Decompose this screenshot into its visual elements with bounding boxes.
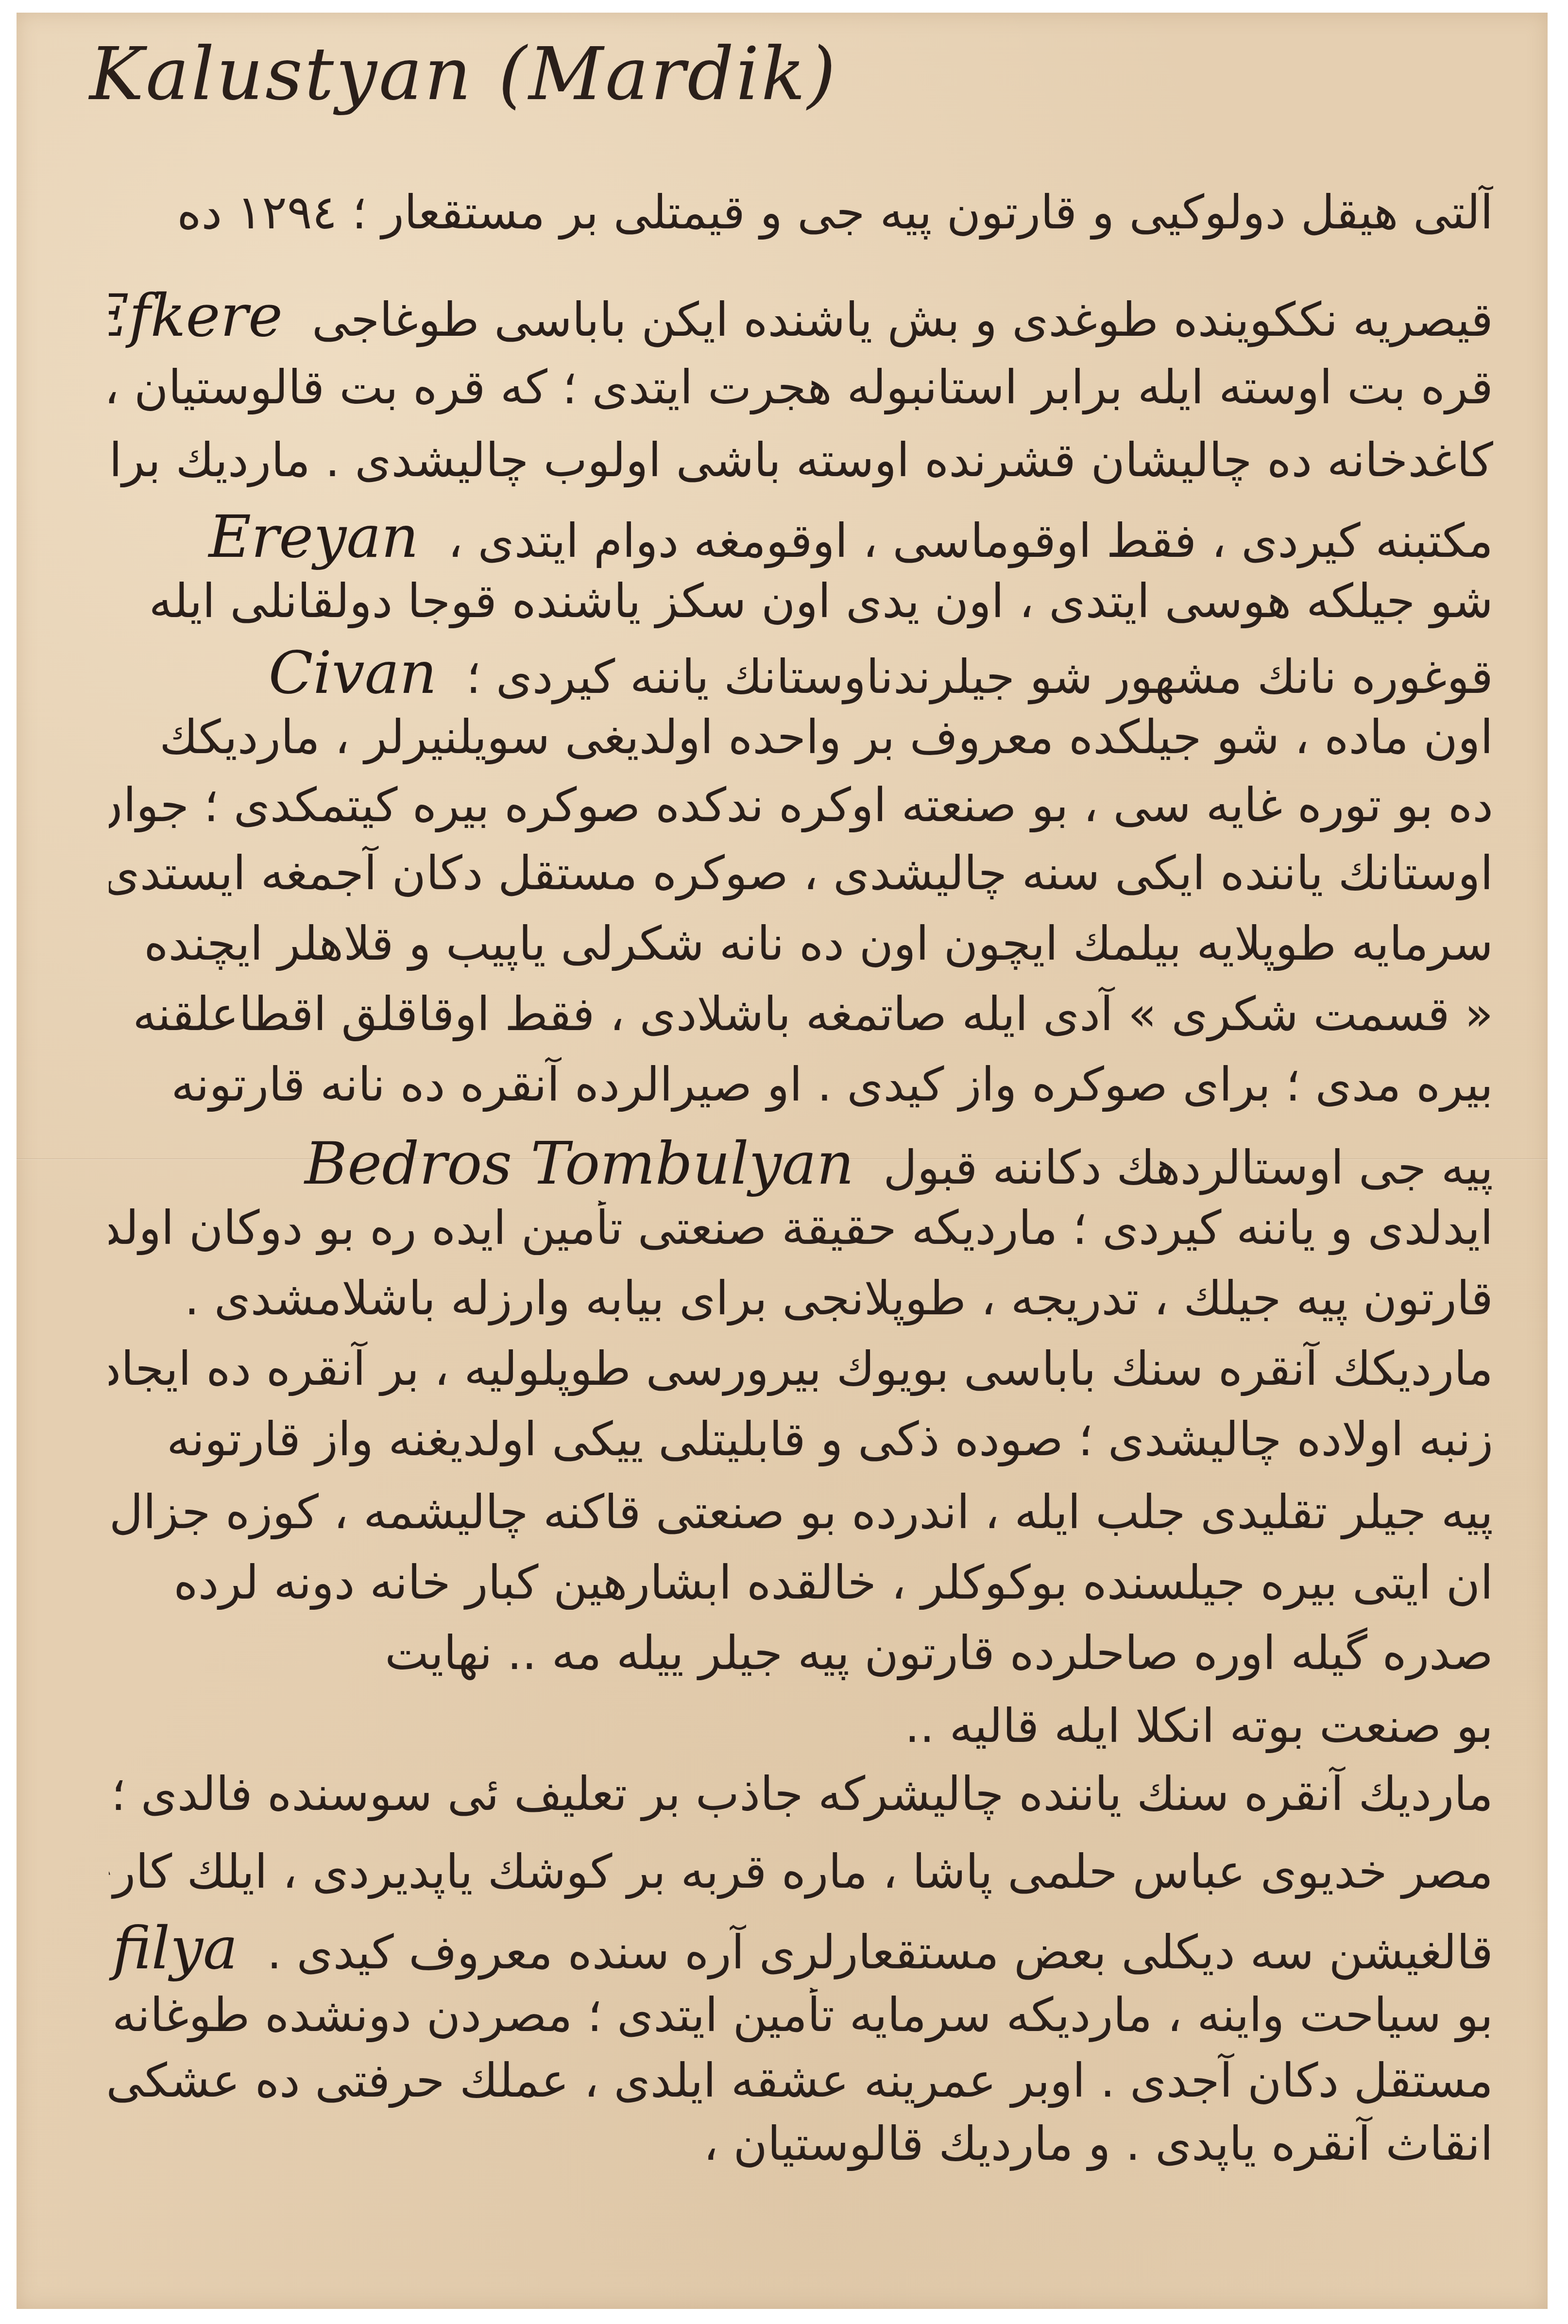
ottoman-text: زنبه اولاده چالیشدی ؛ صوده ذکی و قابلیتل…: [167, 1412, 1493, 1466]
manuscript-line: صدره گیله اوره صاحلرده قارتون پیه جیلر ی…: [109, 1626, 1493, 1680]
ottoman-text: اوستانك یاننده ایکی سنه چالیشدی ، صوکره …: [109, 846, 1493, 900]
ottoman-text: کاغدخانه ده چالیشان قشرنده اوسته باشی او…: [109, 433, 1493, 487]
manuscript-line: پیه جی اوستالردهك دکاننه قبولBedros Tomb…: [109, 1130, 1493, 1198]
manuscript-line: سرمایه طوپلایه بیلمك ایچون اون ده نانه ش…: [109, 916, 1493, 971]
page-heading: Kalustyan (Mardik): [89, 32, 837, 117]
manuscript-line: ان ایتی بیره جیلسنده بوکوکلر ، خالقده اب…: [109, 1555, 1493, 1610]
ottoman-text: ایدلدی و یاننه کیردی ؛ ماردیکه حقیقة صنع…: [109, 1201, 1493, 1255]
ottoman-text: بو سیاحت واینه ، ماردیکه سرمایه تأمین ای…: [109, 1988, 1493, 2042]
ottoman-text: ده بو توره غایه سی ، بو صنعته اوکره ندکد…: [109, 778, 1493, 832]
ottoman-text: کوینده طوغدی و بش یاشنده ایکن باباسی طوغ…: [312, 293, 1299, 347]
manuscript-line: مصر خدیوی عباس حلمی پاشا ، ماره قربه بر …: [109, 1844, 1493, 1899]
latin-name: Bedros Tombulyan: [305, 1130, 854, 1198]
manuscript-line: قالغیشن سه دیکلی بعض مستقعارلری آره سنده…: [109, 1915, 1493, 1982]
manuscript-line: زنبه اولاده چالیشدی ؛ صوده ذکی و قابلیتل…: [109, 1412, 1493, 1466]
ottoman-text: اون ماده ، شو جیلکده معروف بر واحده اولد…: [159, 710, 1493, 764]
ottoman-text: ان ایتی بیره جیلسنده بوکوکلر ، خالقده اب…: [173, 1555, 1493, 1610]
ottoman-text: قارتون پیه جیلك ، تدریجه ، طوپلانجی برای…: [185, 1271, 1493, 1326]
ottoman-text: قره بت اوسته ایله برابر استانبوله هجرت ا…: [109, 360, 1493, 414]
ottoman-text: سرمایه طوپلایه بیلمك ایچون اون ده نانه ش…: [144, 916, 1493, 971]
ottoman-text: آلتی هیقل دولوکیی و قارتون پیه جی و قیمت…: [177, 185, 1493, 240]
manuscript-line: قره بت اوسته ایله برابر استانبوله هجرت ا…: [109, 360, 1493, 414]
manuscript-line: قارتون پیه جیلك ، تدریجه ، طوپلانجی برای…: [109, 1271, 1493, 1326]
latin-name: Civan: [269, 639, 437, 707]
ottoman-text: قالغیشن سه دیکلی بعض مستقعارلری آره سنده…: [267, 1925, 1493, 1980]
manuscript-line: آلتی هیقل دولوکیی و قارتون پیه جی و قیمت…: [109, 185, 1493, 240]
ottoman-text: بو صنعت بوته انكلا ایله قالیه ..: [905, 1699, 1493, 1753]
manuscript-line: پیه جیلر تقلیدی جلب ایله ، اندرده بو صنع…: [109, 1485, 1493, 1539]
manuscript-line: شو جیلکه هوسی ایتدی ، اون یدی اون سکز یا…: [109, 574, 1493, 628]
manuscript-line: اوستانك یاننده ایکی سنه چالیشدی ، صوکره …: [109, 846, 1493, 900]
manuscript-line: ماردیکك آنقره سنك باباسی بویوك بیرورسی ط…: [109, 1342, 1493, 1396]
manuscript-page: Kalustyan (Mardik) آلتی هیقل دولوکیی و ق…: [17, 13, 1548, 2309]
manuscript-line: ماردیك آنقره سنك یاننده چالیشرکه جاذب بر…: [109, 1767, 1493, 1821]
manuscript-line: ده بو توره غایه سی ، بو صنعته اوکره ندکد…: [109, 778, 1493, 832]
ottoman-text: پیه جیلر تقلیدی جلب ایله ، اندرده بو صنع…: [109, 1485, 1493, 1539]
ottoman-text: اوستانك یاننه کیردی ؛: [466, 650, 881, 704]
manuscript-line: « قسمت شکری » آدی ایله صاتمغه باشلادی ، …: [109, 987, 1493, 1041]
manuscript-line: مستقل دکان آجدی . اوبر عمرینه عشقه ایلدی…: [109, 2053, 1493, 2108]
ottoman-text: ماردیك آنقره سنك یاننده چالیشرکه جاذب بر…: [111, 1767, 1493, 1821]
manuscript-line: انقاث آنقره یاپدی . و ماردیك قالوستیان ،: [109, 2117, 1493, 2171]
manuscript-line: مکتبنه کیردی ، فقط اوقوماسی ، اوقومغه دو…: [109, 503, 1493, 571]
manuscript-line: کاغدخانه ده چالیشان قشرنده اوسته باشی او…: [109, 433, 1493, 487]
ottoman-text: قوغوره نانك مشهور شو جیلرندن: [880, 650, 1493, 704]
ottoman-text: ك دکاننه قبول: [883, 1140, 1156, 1195]
latin-name: Efkere: [109, 282, 283, 350]
manuscript-line: اون ماده ، شو جیلکده معروف بر واحده اولد…: [109, 710, 1493, 764]
ottoman-text: ماردیکك آنقره سنك باباسی بویوك بیرورسی ط…: [109, 1342, 1493, 1396]
manuscript-line: بو سیاحت واینه ، ماردیکه سرمایه تأمین ای…: [109, 1988, 1493, 2042]
manuscript-line: بو صنعت بوته انكلا ایله قالیه ..: [109, 1699, 1493, 1753]
ottoman-text: مستقل دکان آجدی . اوبر عمرینه عشقه ایلدی…: [109, 2053, 1493, 2108]
latin-name: Nafilya: [109, 1915, 238, 1982]
ottoman-text: انقاث آنقره یاپدی . و ماردیك قالوستیان ،: [703, 2117, 1493, 2171]
latin-name: Ereyan: [208, 503, 419, 571]
manuscript-line: ایدلدی و یاننه کیردی ؛ ماردیکه حقیقة صنع…: [109, 1201, 1493, 1255]
manuscript-line: قوغوره نانك مشهور شو جیلرندناوستانك یانن…: [109, 639, 1493, 707]
ottoman-text: « قسمت شکری » آدی ایله صاتمغه باشلادی ، …: [133, 987, 1493, 1041]
ottoman-text: مصر خدیوی عباس حلمی پاشا ، ماره قربه بر …: [109, 1844, 1493, 1899]
manuscript-line: بیره مدی ؛ برای صوکره واز کیدی . او صیرا…: [109, 1057, 1493, 1112]
ottoman-text: مکتبنه کیردی ، فقط اوقوماسی ، اوقومغه دو…: [448, 514, 1493, 568]
manuscript-line: قیصریه نكکوینده طوغدی و بش یاشنده ایکن ب…: [109, 282, 1493, 350]
ottoman-text: شو جیلکه هوسی ایتدی ، اون یدی اون سکز یا…: [149, 574, 1493, 628]
ottoman-text: قیصریه نك: [1299, 293, 1493, 347]
ottoman-text: صدره گیله اوره صاحلرده قارتون پیه جیلر ی…: [385, 1626, 1493, 1680]
ottoman-text: بیره مدی ؛ برای صوکره واز کیدی . او صیرا…: [171, 1057, 1493, 1112]
ottoman-text: پیه جی اوستالرده: [1156, 1140, 1493, 1195]
